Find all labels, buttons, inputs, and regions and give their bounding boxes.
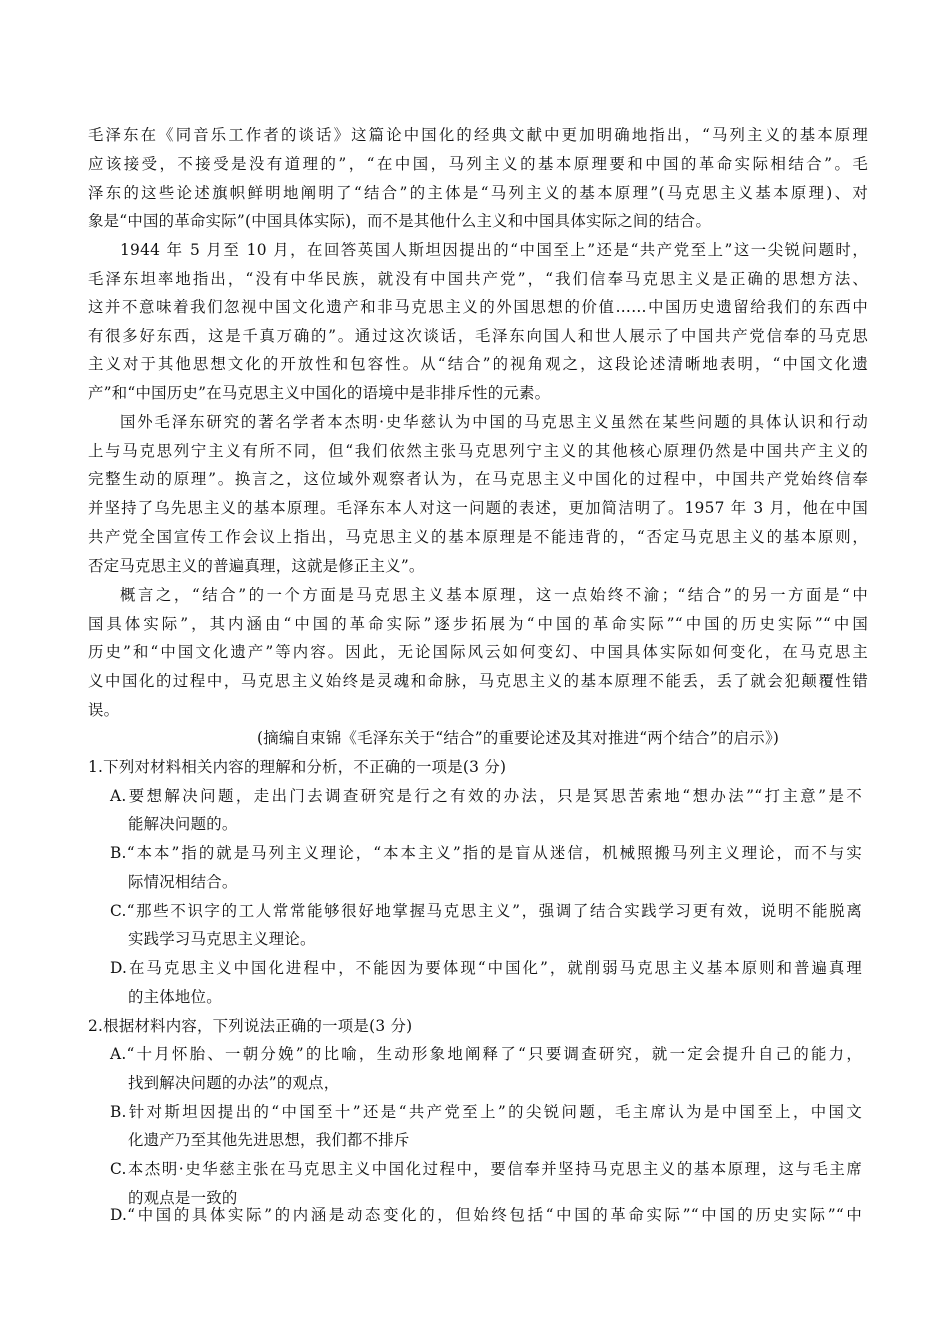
text-line: 这并不意味着我们忽视中国文化遗产和非马克思主义的外国思想的价值……中国历史遗留给… bbox=[88, 295, 868, 319]
question-stem: 1.下列对材料相关内容的理解和分析，不正确的一项是(3 分) bbox=[88, 755, 868, 779]
text-line: 上与马克思列宁主义有所不同，但“我们依然主张马克思列宁主义的其他核心原理仍然是中… bbox=[88, 439, 868, 463]
text-line: 应该接受，不接受是没有道理的”，“在中国，马列主义的基本原理要和中国的革命实际相… bbox=[88, 152, 868, 176]
text-line: 义中国化的过程中，马克思主义始终是灵魂和命脉，马克思主义的基本原理不能丢，丢了就… bbox=[88, 669, 868, 693]
text-line: 并坚持了乌先思主义的基本原理。毛泽东本人对这一问题的表述，更加简洁明了。1957… bbox=[88, 496, 868, 520]
text-line: 国外毛泽东研究的著名学者本杰明·史华慈认为中国的马克思主义虽然在某些问题的具体认… bbox=[120, 410, 868, 434]
text-line: 象是“中国的革命实际”(中国具体实际)，而不是其他什么主义和中国具体实际之间的结… bbox=[88, 209, 868, 233]
text-line: 泽东的这些论述旗帜鲜明地阐明了“结合”的主体是“马列主义的基本原理”(马克思主义… bbox=[88, 181, 868, 205]
option-line: D.在马克思主义中国化进程中，不能因为要体现“中国化”，就削弱马克思主义基本原则… bbox=[110, 956, 862, 980]
option-line: C.本杰明·史华慈主张在马克思主义中国化过程中，要信奉并坚持马克思主义的基本原理… bbox=[110, 1157, 862, 1181]
text-line: 毛泽东在《同音乐工作者的谈话》这篇论中国化的经典文献中更加明确地指出，“马列主义… bbox=[88, 123, 868, 147]
text-line: 误。 bbox=[88, 698, 868, 722]
option-line: B.“本本”指的就是马列主义理论，“本本主义”指的是盲从迷信，机械照搬马列主义理… bbox=[110, 841, 862, 865]
option-line: 能解决问题的。 bbox=[128, 812, 862, 836]
text-line: 历史”和“中国文化遗产”等内容。因此，无论国际风云如何变幻、中国具体实际如何变化… bbox=[88, 640, 868, 664]
option-line: 实践学习马克思主义理论。 bbox=[128, 927, 862, 951]
option-line: 化遗产乃至其他先进思想，我们都不排斥 bbox=[128, 1128, 862, 1152]
option-line: A.要想解决问题，走出门去调查研究是行之有效的办法，只是冥思苦索地“想办法”“打… bbox=[110, 784, 862, 808]
text-line: 1944 年 5 月至 10 月，在回答英国人斯坦因提出的“中国至上”还是“共产… bbox=[120, 238, 868, 262]
text-line: 主义对于其他思想文化的开放性和包容性。从“结合”的视角观之，这段论述清晰地表明，… bbox=[88, 352, 868, 376]
question-stem: 2.根据材料内容，下列说法正确的一项是(3 分) bbox=[88, 1014, 868, 1038]
text-line: 否定马克思主义的普遍真理，这就是修正主义”。 bbox=[88, 554, 868, 578]
option-line: B.针对斯坦因提出的“中国至十”还是“共产党至上”的尖锐问题，毛主席认为是中国至… bbox=[110, 1100, 862, 1124]
option-line: 的主体地位。 bbox=[128, 985, 862, 1009]
text-line: 共产党全国宣传工作会议上指出，马克思主义的基本原理是不能违背的，“否定马克思主义… bbox=[88, 525, 868, 549]
text-line: 产”和“中国历史”在马克思主义中国化的语境中是非排斥性的元素。 bbox=[88, 381, 868, 405]
text-line: 国具体实际”，其内涵由“中国的革命实际”逐步拓展为“中国的革命实际”“中国的历史… bbox=[88, 612, 868, 636]
option-line: 际情况相结合。 bbox=[128, 870, 862, 894]
option-line: C.“那些不识字的工人常常能够很好地掌握马克思主义”，强调了结合实践学习更有效，… bbox=[110, 899, 862, 923]
text-line: 毛泽东坦率地指出，“没有中华民族，就没有中国共产党”，“我们信奉马克思主义是正确… bbox=[88, 267, 868, 291]
option-line: 找到解决问题的办法”的观点， bbox=[128, 1071, 862, 1095]
option-line: A.“十月怀胎、一朝分娩”的比喻，生动形象地阐释了“只要调查研究，就一定会提升自… bbox=[110, 1042, 862, 1066]
exam-page: 毛泽东在《同音乐工作者的谈话》这篇论中国化的经典文献中更加明确地指出，“马列主义… bbox=[0, 0, 950, 1344]
option-line: D.“中国的具体实际”的内涵是动态变化的，但始终包括“中国的革命实际”“中国的历… bbox=[110, 1203, 862, 1227]
text-line: 有很多好东西，这是千真万确的”。通过这次谈话，毛泽东向国人和世人展示了中国共产党… bbox=[88, 324, 868, 348]
source-citation: (摘编自束锦《毛泽东关于“结合”的重要论述及其对推进“两个结合”的启示》) bbox=[257, 726, 857, 750]
text-line: 完整生动的原理”。换言之，这位域外观察者认为，在马克思主义中国化的过程中，中国共… bbox=[88, 467, 868, 491]
text-line: 概言之，“结合”的一个方面是马克思主义基本原理，这一点始终不渝；“结合”的另一方… bbox=[120, 583, 868, 607]
